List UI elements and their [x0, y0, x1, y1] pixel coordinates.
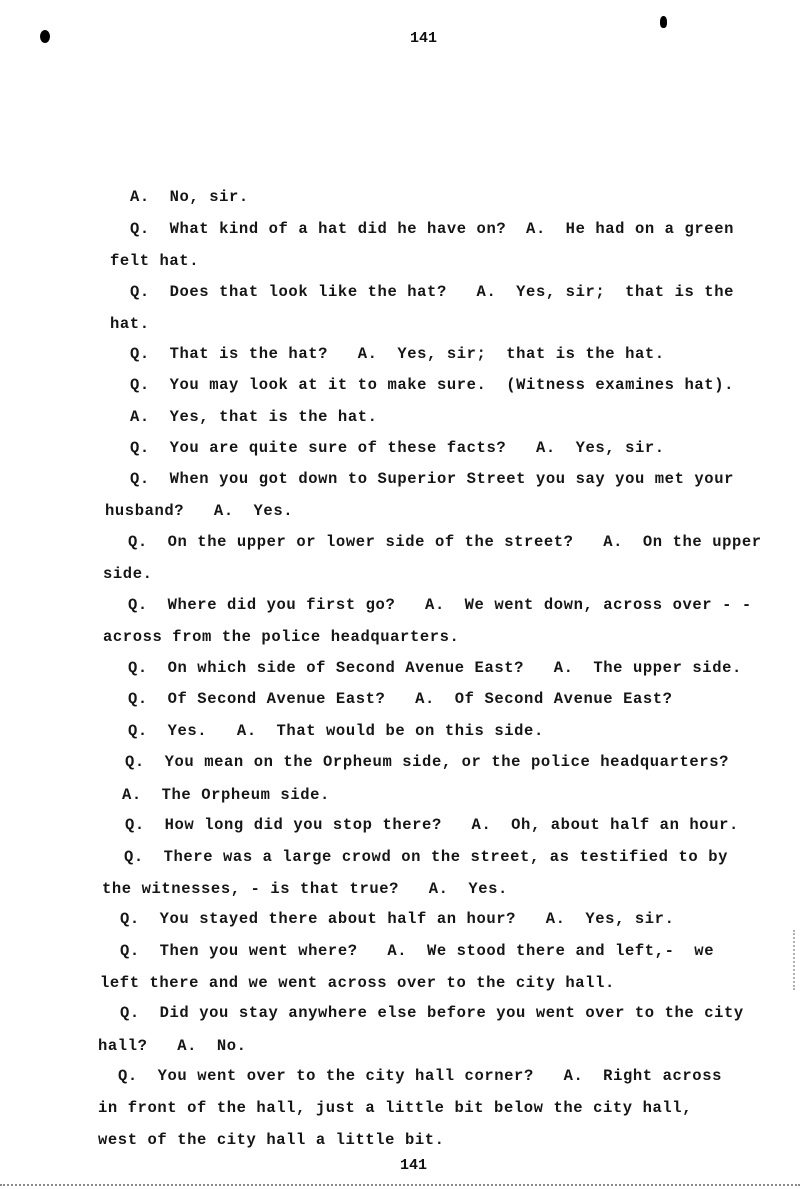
transcript-line: Q. Where did you first go? A. We went do…	[128, 596, 752, 614]
transcript-line: A. No, sir.	[130, 188, 249, 206]
transcript-line: Q. You are quite sure of these facts? A.…	[130, 439, 665, 457]
transcript-line: Q. What kind of a hat did he have on? A.…	[130, 220, 734, 238]
transcript-line: Q. Of Second Avenue East? A. Of Second A…	[128, 690, 673, 708]
scan-artifact	[793, 930, 797, 990]
scan-edge-rule	[0, 1184, 800, 1186]
transcript-line: A. Yes, that is the hat.	[130, 408, 378, 426]
page-number-footer: 141	[400, 1157, 427, 1174]
transcript-line: side.	[103, 565, 153, 583]
transcript-line: Q. You may look at it to make sure. (Wit…	[130, 376, 734, 394]
transcript-line: A. The Orpheum side.	[122, 786, 330, 804]
transcript-line: Q. How long did you stop there? A. Oh, a…	[125, 816, 739, 834]
transcript-line: husband? A. Yes.	[105, 502, 293, 520]
page-number-header: 141	[410, 30, 437, 47]
ink-blot-mark	[40, 30, 50, 43]
transcript-line: across from the police headquarters.	[103, 628, 459, 646]
transcript-line: Q. Yes. A. That would be on this side.	[128, 722, 544, 740]
ink-blot-mark	[660, 16, 667, 28]
transcript-line: Q. You mean on the Orpheum side, or the …	[125, 753, 729, 771]
transcript-line: in front of the hall, just a little bit …	[98, 1099, 692, 1117]
transcript-line: Q. On the upper or lower side of the str…	[128, 533, 762, 551]
transcript-page: 141 A. No, sir.Q. What kind of a hat did…	[0, 0, 800, 1189]
transcript-line: hat.	[110, 315, 150, 333]
transcript-line: Q. On which side of Second Avenue East? …	[128, 659, 742, 677]
transcript-line: Q. When you got down to Superior Street …	[130, 470, 734, 488]
transcript-line: the witnesses, - is that true? A. Yes.	[102, 880, 508, 898]
transcript-line: Q. That is the hat? A. Yes, sir; that is…	[130, 345, 665, 363]
transcript-line: Q. You stayed there about half an hour? …	[120, 910, 674, 928]
transcript-line: left there and we went across over to th…	[100, 974, 615, 992]
transcript-line: west of the city hall a little bit.	[98, 1131, 445, 1149]
transcript-line: Q. Then you went where? A. We stood ther…	[120, 942, 714, 960]
transcript-line: Q. Did you stay anywhere else before you…	[120, 1004, 744, 1022]
transcript-line: felt hat.	[110, 252, 199, 270]
transcript-line: Q. You went over to the city hall corner…	[118, 1067, 722, 1085]
transcript-line: Q. There was a large crowd on the street…	[124, 848, 728, 866]
transcript-line: hall? A. No.	[98, 1037, 247, 1055]
transcript-line: Q. Does that look like the hat? A. Yes, …	[130, 283, 734, 301]
